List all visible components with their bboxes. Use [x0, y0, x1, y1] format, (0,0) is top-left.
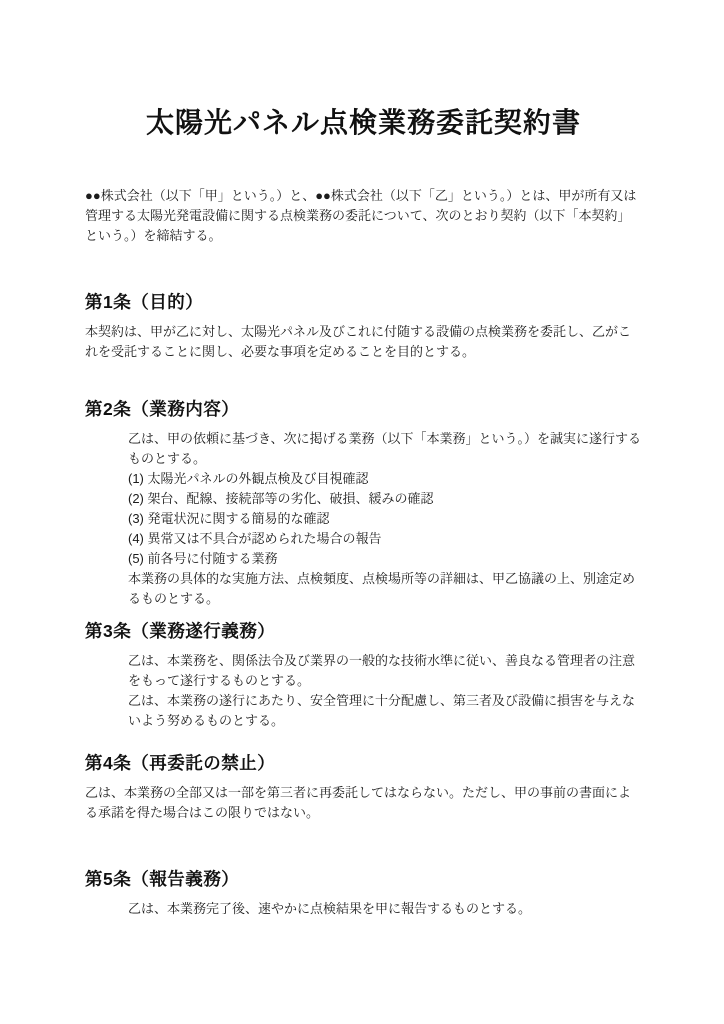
articles-container: 第1条（目的） 本契約は、甲が乙に対し、太陽光パネル及びこれに付随する設備の点検… — [85, 290, 642, 919]
article-body: 本契約は、甲が乙に対し、太陽光パネル及びこれに付随する設備の点検業務を委託し、乙… — [85, 322, 642, 362]
article-paragraph: 乙は、本業務の遂行にあたり、安全管理に十分配慮し、第三者及び設備に損害を与えない… — [128, 691, 642, 731]
article-body: 乙は、本業務を、関係法令及び業界の一般的な技術水準に従い、善良なる管理者の注意を… — [128, 651, 642, 731]
article-paragraph: (2) 架台、配線、接続部等の劣化、破損、緩みの確認 — [128, 489, 642, 509]
article-body: 乙は、本業務の全部又は一部を第三者に再委託してはならない。ただし、甲の事前の書面… — [85, 783, 642, 823]
article-paragraph: (5) 前各号に付随する業務 — [128, 549, 642, 569]
contract-article: 第1条（目的） 本契約は、甲が乙に対し、太陽光パネル及びこれに付随する設備の点検… — [85, 290, 642, 362]
article-body: 乙は、甲の依頼に基づき、次に掲げる業務（以下「本業務」という。）を誠実に遂行する… — [128, 429, 642, 609]
article-paragraph: 乙は、本業務を、関係法令及び業界の一般的な技術水準に従い、善良なる管理者の注意を… — [128, 651, 642, 691]
contract-article: 第2条（業務内容） 乙は、甲の依頼に基づき、次に掲げる業務（以下「本業務」という… — [85, 397, 642, 609]
article-paragraph: 乙は、本業務完了後、速やかに点検結果を甲に報告するものとする。 — [128, 899, 642, 919]
article-paragraph: 本契約は、甲が乙に対し、太陽光パネル及びこれに付随する設備の点検業務を委託し、乙… — [85, 322, 642, 362]
contract-article: 第4条（再委託の禁止） 乙は、本業務の全部又は一部を第三者に再委託してはならない… — [85, 751, 642, 823]
article-body: 乙は、本業務完了後、速やかに点検結果を甲に報告するものとする。 — [128, 899, 642, 919]
article-heading: 第2条（業務内容） — [85, 397, 642, 421]
article-paragraph: 乙は、甲の依頼に基づき、次に掲げる業務（以下「本業務」という。）を誠実に遂行する… — [128, 429, 642, 469]
article-heading: 第4条（再委託の禁止） — [85, 751, 642, 775]
article-heading: 第1条（目的） — [85, 290, 642, 314]
article-paragraph: (1) 太陽光パネルの外観点検及び目視確認 — [128, 469, 642, 489]
contract-document-page: 太陽光パネル点検業務委託契約書 ●●株式会社（以下「甲」という。）と、●●株式会… — [0, 0, 724, 1024]
article-paragraph: (3) 発電状況に関する簡易的な確認 — [128, 509, 642, 529]
document-title: 太陽光パネル点検業務委託契約書 — [85, 106, 642, 140]
article-heading: 第3条（業務遂行義務） — [85, 619, 642, 643]
contract-article: 第5条（報告義務） 乙は、本業務完了後、速やかに点検結果を甲に報告するものとする… — [85, 867, 642, 919]
article-paragraph: 本業務の具体的な実施方法、点検頻度、点検場所等の詳細は、甲乙協議の上、別途定める… — [128, 569, 642, 609]
article-heading: 第5条（報告義務） — [85, 867, 642, 891]
article-paragraph: 乙は、本業務の全部又は一部を第三者に再委託してはならない。ただし、甲の事前の書面… — [85, 783, 642, 823]
contract-article: 第3条（業務遂行義務） 乙は、本業務を、関係法令及び業界の一般的な技術水準に従い… — [85, 619, 642, 731]
intro-paragraph: ●●株式会社（以下「甲」という。）と、●●株式会社（以下「乙」という。）とは、甲… — [85, 186, 642, 246]
article-paragraph: (4) 異常又は不具合が認められた場合の報告 — [128, 529, 642, 549]
